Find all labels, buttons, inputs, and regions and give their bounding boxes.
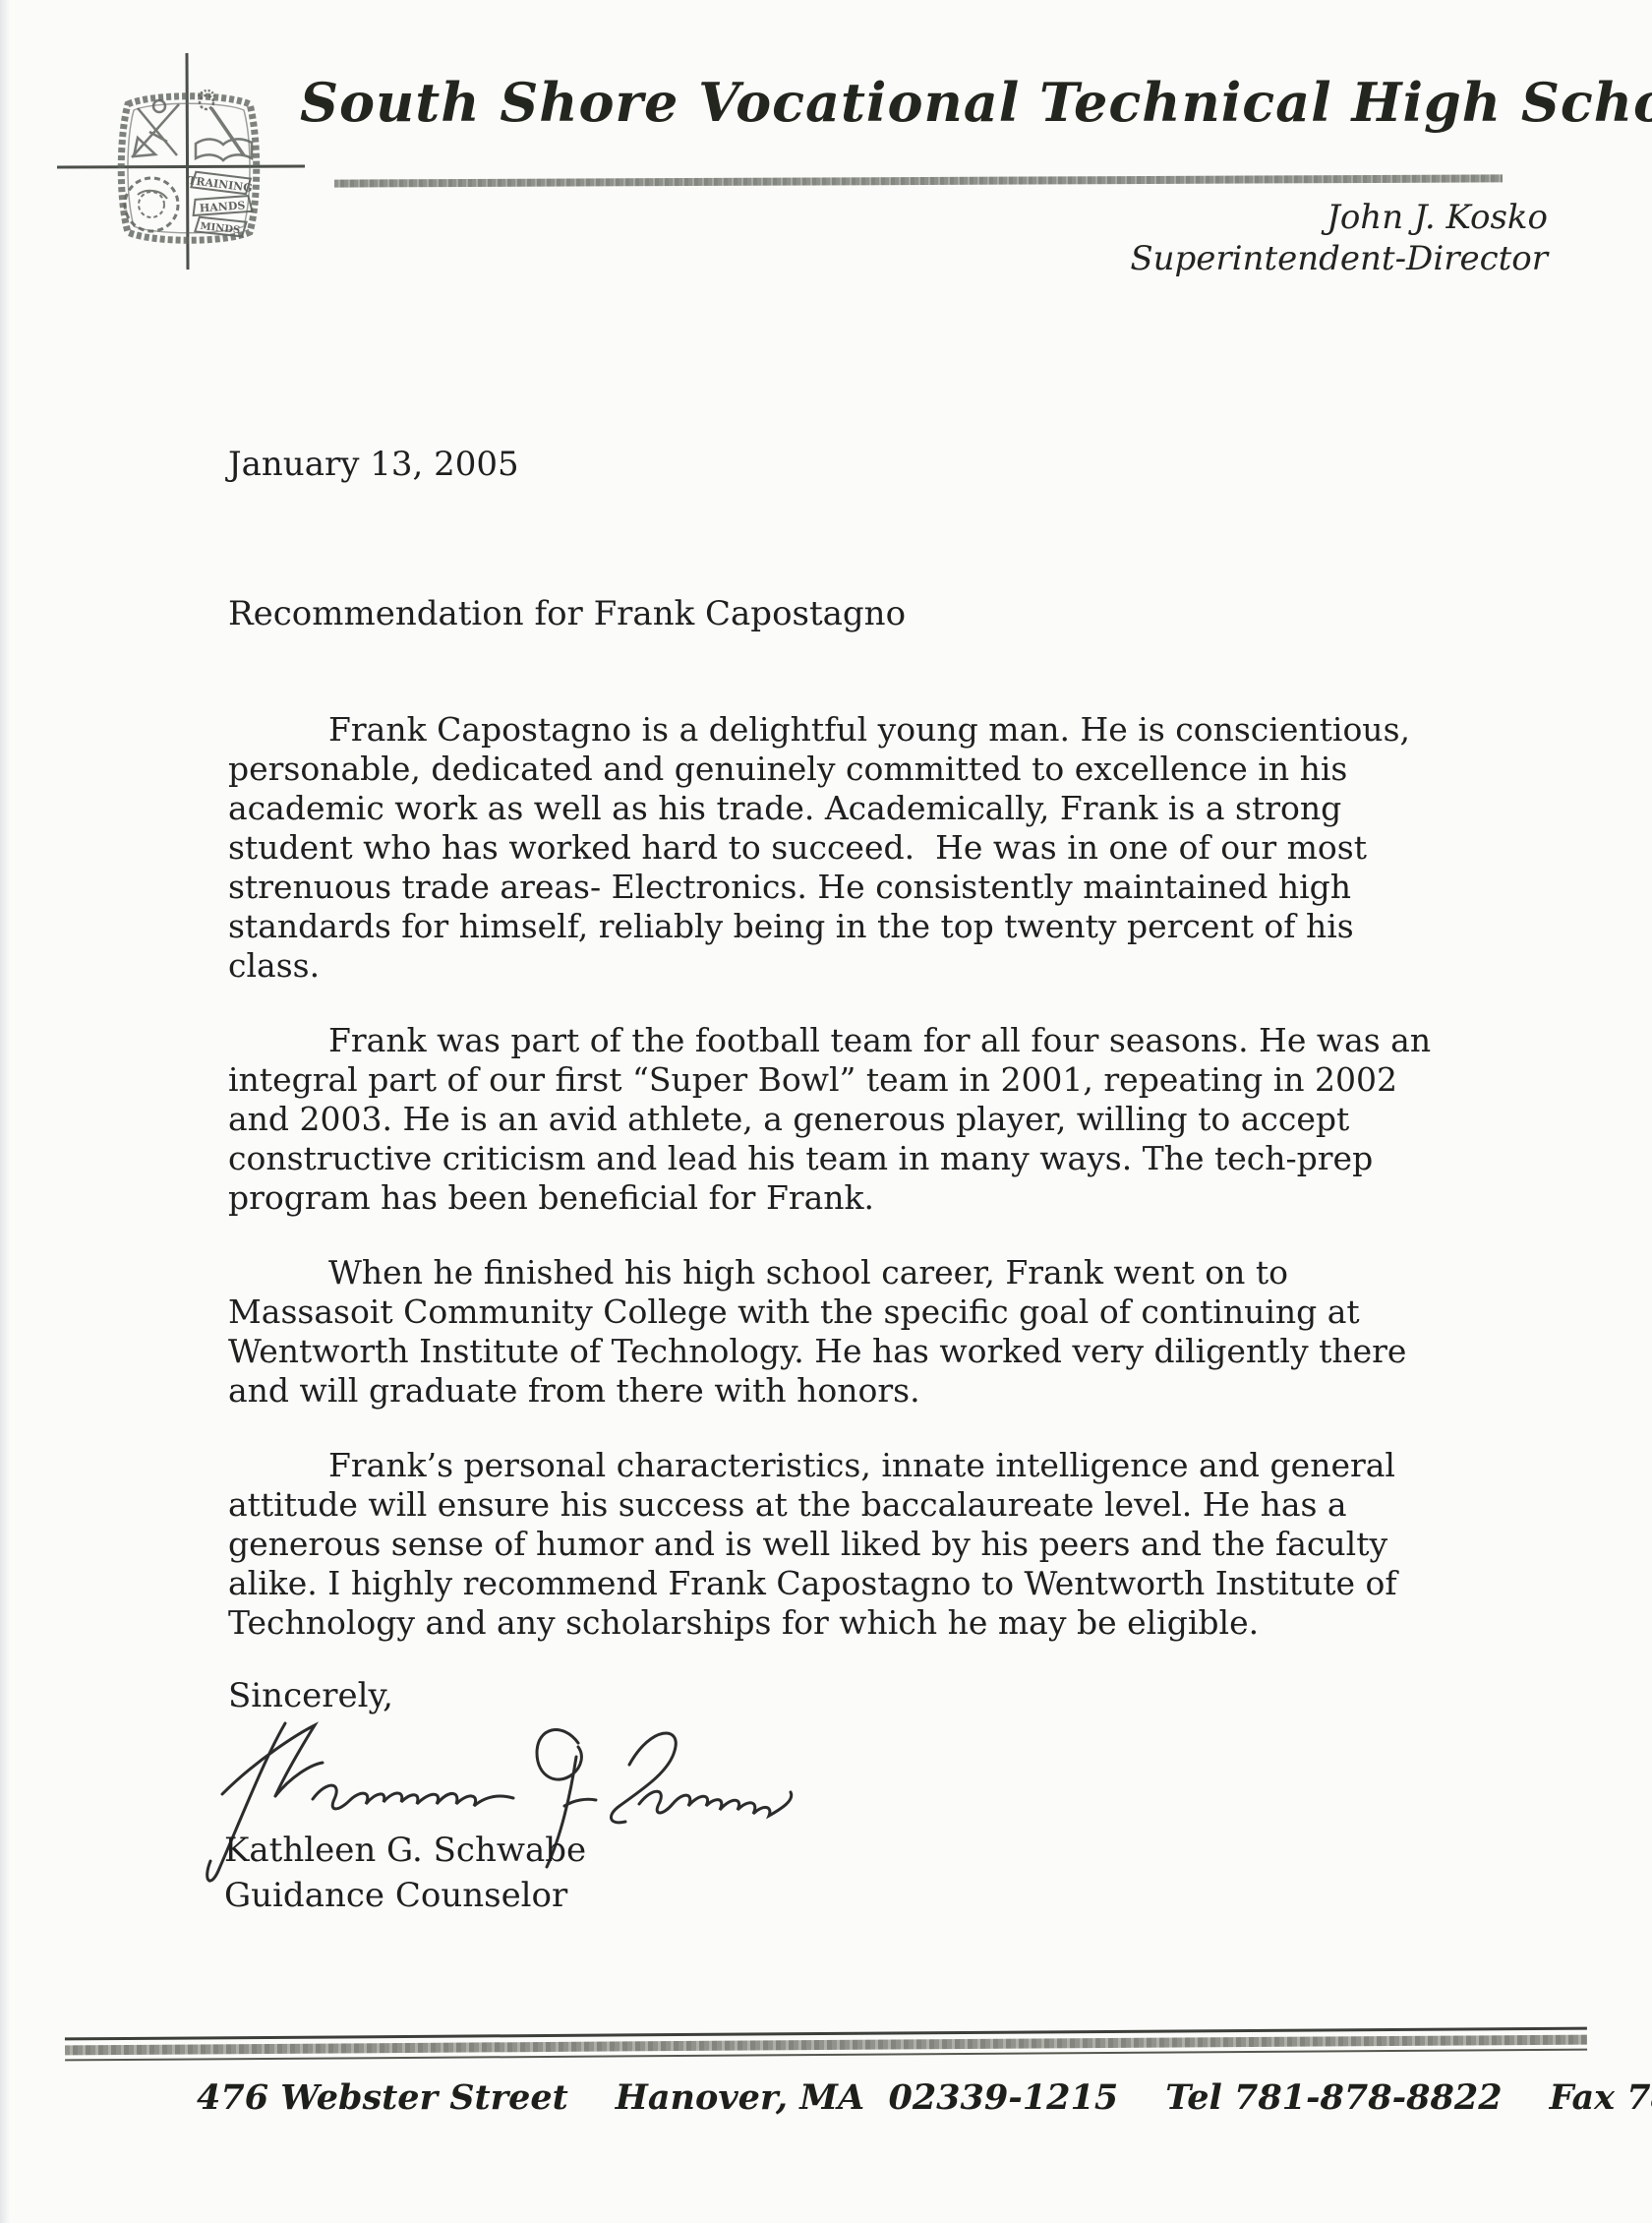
- letter-paragraph-4: Frank’s personal characteristics, innate…: [228, 1446, 1457, 1643]
- motto-line-3: MINDS: [200, 221, 241, 236]
- signer-name: Kathleen G. Schwabe: [224, 1828, 586, 1873]
- superintendent-name: John J. Kosko: [1130, 197, 1548, 238]
- footer-contact-line: 476 Webster Street Hanover, MA 02339-121…: [197, 2077, 1475, 2118]
- scan-edge-shadow: [0, 0, 10, 2223]
- letter-paragraph-2: Frank was part of the football team for …: [228, 1021, 1457, 1218]
- compass-square-icon: [132, 100, 179, 157]
- footer-address: 476 Webster Street: [197, 2077, 568, 2118]
- signer-title: Guidance Counselor: [224, 1873, 586, 1918]
- footer-rule: [65, 2027, 1587, 2062]
- footer-tel: Tel 781-878-8822: [1165, 2077, 1502, 2118]
- letter-page: TRAINING HANDS MINDS South Shore Vocatio…: [0, 0, 1652, 2223]
- superintendent-block: John J. Kosko Superintendent-Director: [1130, 197, 1548, 279]
- header-rule: [334, 174, 1503, 187]
- school-name: South Shore Vocational Technical High Sc…: [300, 71, 1549, 134]
- letter-paragraph-1: Frank Capostagno is a delightful young m…: [228, 710, 1457, 986]
- superintendent-title: Superintendent-Director: [1130, 238, 1548, 279]
- signer-block: Kathleen G. Schwabe Guidance Counselor: [224, 1828, 586, 1918]
- school-crest-logo: TRAINING HANDS MINDS: [51, 47, 311, 279]
- letter-date: January 13, 2005: [228, 445, 519, 484]
- wreath-icon: [125, 178, 178, 231]
- letter-paragraph-3: When he finished his high school career,…: [228, 1253, 1457, 1411]
- letter-subject: Recommendation for Frank Capostagno: [228, 594, 906, 633]
- footer-fax: Fax 781-982-0281: [1550, 2077, 1652, 2118]
- letter-body: Frank Capostagno is a delightful young m…: [228, 710, 1457, 1678]
- footer-city: Hanover, MA 02339-1215: [616, 2077, 1118, 2118]
